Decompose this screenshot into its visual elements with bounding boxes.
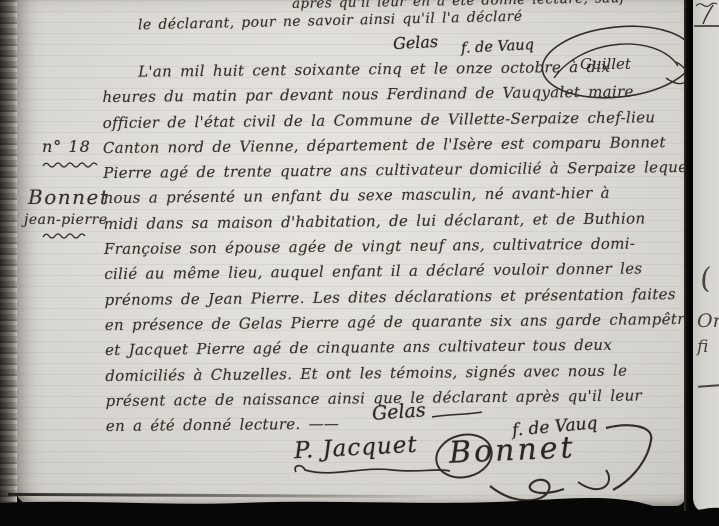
underline-squiggle [42,160,100,169]
scan-background-bottom-bar [0,490,719,526]
margin-surname: Bonnet [28,185,109,209]
margin-act-number: n° 18 [42,137,91,156]
adjacent-page-sliver [693,0,719,512]
margin-given-names: jean-pierre [24,212,108,228]
adjacent-page-mark: fi [697,337,708,357]
underline-squiggle [42,231,92,240]
signature-gelas: Gelas [371,399,426,425]
page-gutter-shadow [684,0,693,526]
signature-dash-flourish [432,410,484,420]
signature-gelas-top: Gelas [393,32,439,53]
register-scan: n° 18 Bonnet jean-pierre après qu'il leu… [0,0,719,526]
birth-act-text: L'an mil huit cent soixante cinq et le o… [102,54,688,440]
adjacent-page-slash-stroke [701,4,715,26]
adjacent-page-rule [694,25,719,27]
book-binding-edge [0,0,17,526]
adjacent-page-mark: On [697,310,719,332]
